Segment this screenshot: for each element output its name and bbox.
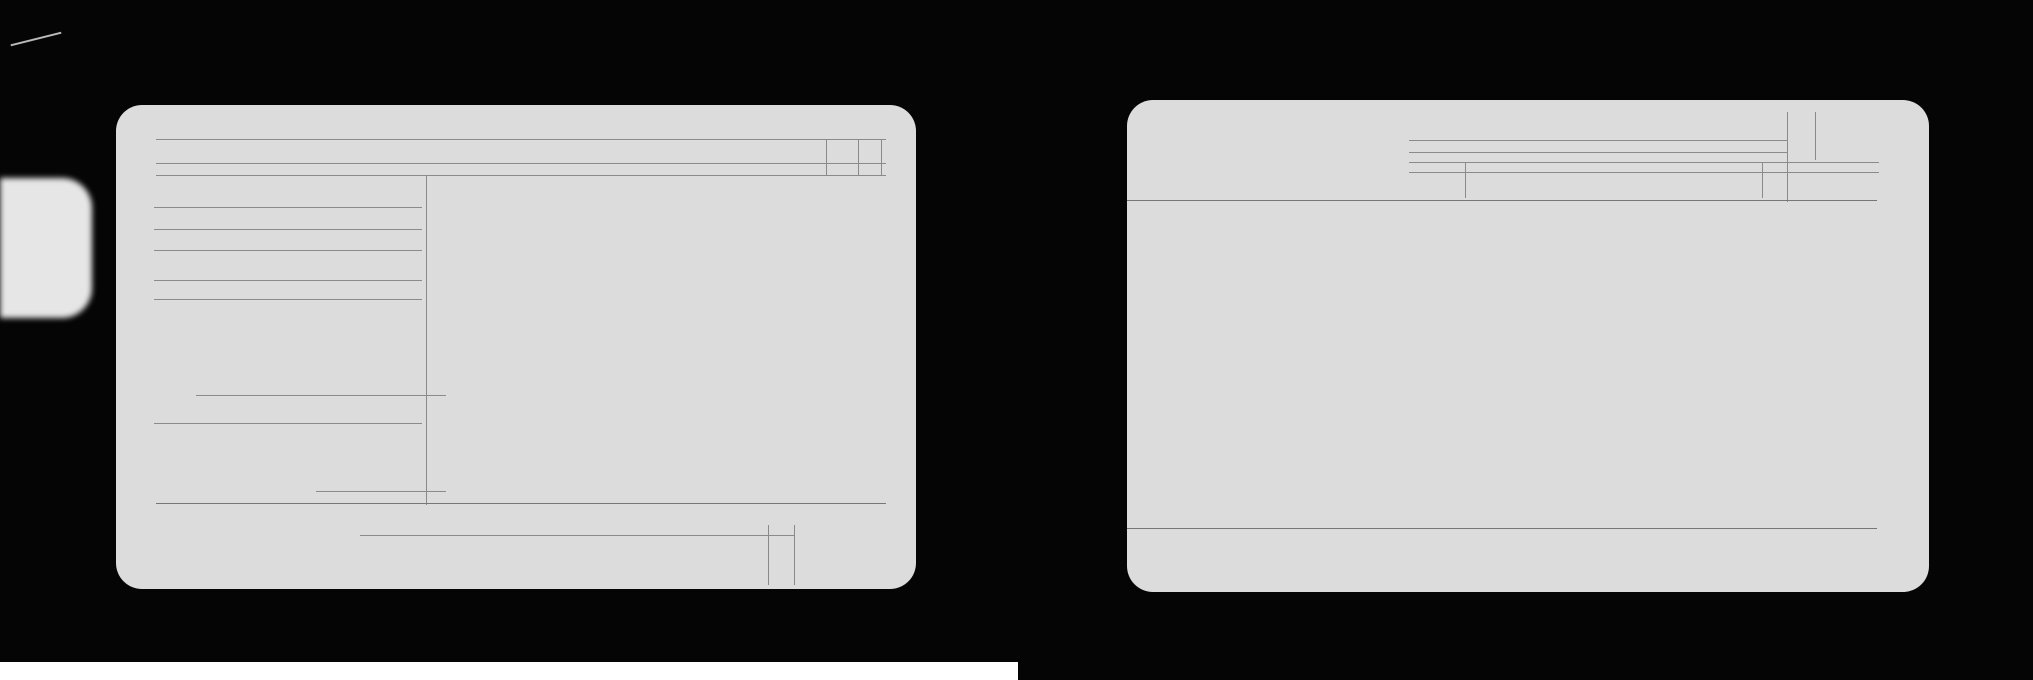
registration-card-back (1127, 100, 1929, 592)
overexposed-blob (0, 178, 92, 318)
scan-edge-strip (0, 662, 1018, 680)
film-scratch (11, 32, 62, 47)
registration-card-front (116, 105, 916, 589)
